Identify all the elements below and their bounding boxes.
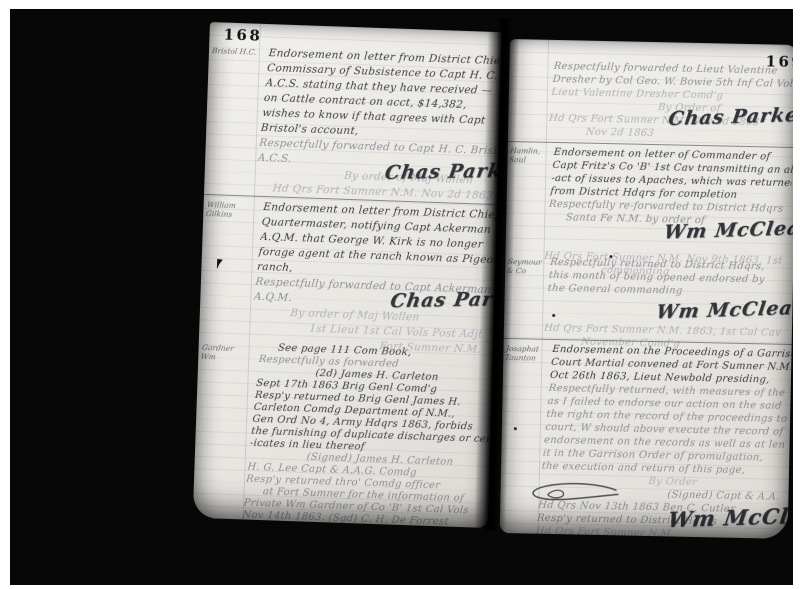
signature-wm-mccleave: Wm McCleave: [666, 501, 793, 532]
ink-speck: [514, 427, 517, 430]
scan-background: 168 Bristol H.C. Endorsement on letter f…: [10, 9, 793, 585]
pen-flourish-mark: [528, 479, 621, 507]
signature-chas-parker: Chas Parker: [667, 104, 793, 131]
page-left: 168 Bristol H.C. Endorsement on letter f…: [193, 22, 506, 528]
page-right: 169 Respectfully forwarded to Lieut Vale…: [500, 39, 793, 539]
ledger-entry: See page 111 Com Book, Respectfully as f…: [240, 342, 498, 528]
ledger-entry: Endorsement on letter from District Chie…: [248, 200, 502, 358]
signature-wm-mccleave: Wm McCleave: [662, 216, 793, 243]
ledger-scan-screenshot: 168 Bristol H.C. Endorsement on letter f…: [0, 0, 800, 589]
ink-speck: [609, 255, 612, 258]
signature-wm-mccleave: Wm McCleave: [655, 296, 793, 323]
margin-note: Gardner Wm: [200, 343, 250, 363]
ink-mark: [215, 258, 225, 270]
margin-note: Bristol H.C.: [211, 46, 260, 57]
margin-note: William Gilkins: [205, 200, 255, 220]
ink-speck: [552, 314, 555, 317]
page-number-left: 168: [223, 25, 262, 44]
ledger-entry: Respectfully forwarded to Lieut Valentin…: [547, 60, 793, 143]
